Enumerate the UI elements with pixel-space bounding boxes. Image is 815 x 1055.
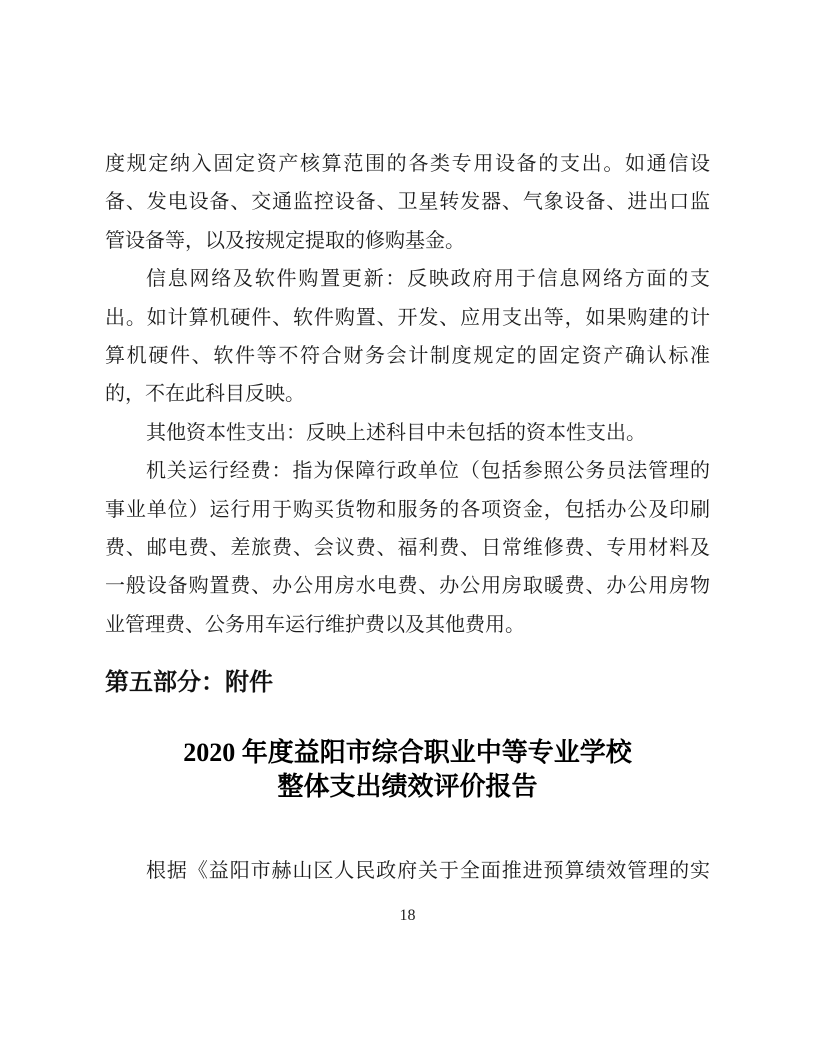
text-line: 的，不在此科目反映。: [105, 375, 710, 413]
text-line: 一般设备购置费、办公用房水电费、办公用房取暖费、办公用房物: [105, 567, 710, 605]
text-line: 业管理费、公务用车运行维护费以及其他费用。: [105, 606, 710, 644]
text-line: 度规定纳入固定资产核算范围的各类专用设备的支出。如通信设: [105, 145, 710, 183]
text-line: 备、发电设备、交通监控设备、卫星转发器、气象设备、进出口监: [105, 183, 710, 221]
text-line: 其他资本性支出：反映上述科目中未包括的资本性支出。: [105, 414, 710, 452]
document-page: 度规定纳入固定资产核算范围的各类专用设备的支出。如通信设备、发电设备、交通监控设…: [0, 0, 815, 1055]
text-line: 出。如计算机硬件、软件购置、开发、应用支出等，如果购建的计: [105, 299, 710, 337]
text-line: 算机硬件、软件等不符合财务会计制度规定的固定资产确认标准: [105, 337, 710, 375]
text-line: 机关运行经费：指为保障行政单位（包括参照公务员法管理的: [105, 452, 710, 490]
text-line: 管设备等，以及按规定提取的修购基金。: [105, 222, 710, 260]
page-number: 18: [0, 906, 815, 926]
report-title-line-1: 2020 年度益阳市综合职业中等专业学校: [105, 736, 710, 770]
closing-paragraph: 根据《益阳市赫山区人民政府关于全面推进预算绩效管理的实: [105, 852, 710, 890]
text-line: 根据《益阳市赫山区人民政府关于全面推进预算绩效管理的实: [105, 852, 710, 890]
text-line: 信息网络及软件购置更新：反映政府用于信息网络方面的支: [105, 260, 710, 298]
report-title-line-2: 整体支出绩效评价报告: [105, 770, 710, 804]
report-title: 2020 年度益阳市综合职业中等专业学校 整体支出绩效评价报告: [105, 736, 710, 804]
text-line: 事业单位）运行用于购买货物和服务的各项资金，包括办公及印刷: [105, 491, 710, 529]
body-paragraphs: 度规定纳入固定资产核算范围的各类专用设备的支出。如通信设备、发电设备、交通监控设…: [105, 145, 710, 644]
section-heading: 第五部分：附件: [105, 667, 273, 699]
text-line: 费、邮电费、差旅费、会议费、福利费、日常维修费、专用材料及: [105, 529, 710, 567]
